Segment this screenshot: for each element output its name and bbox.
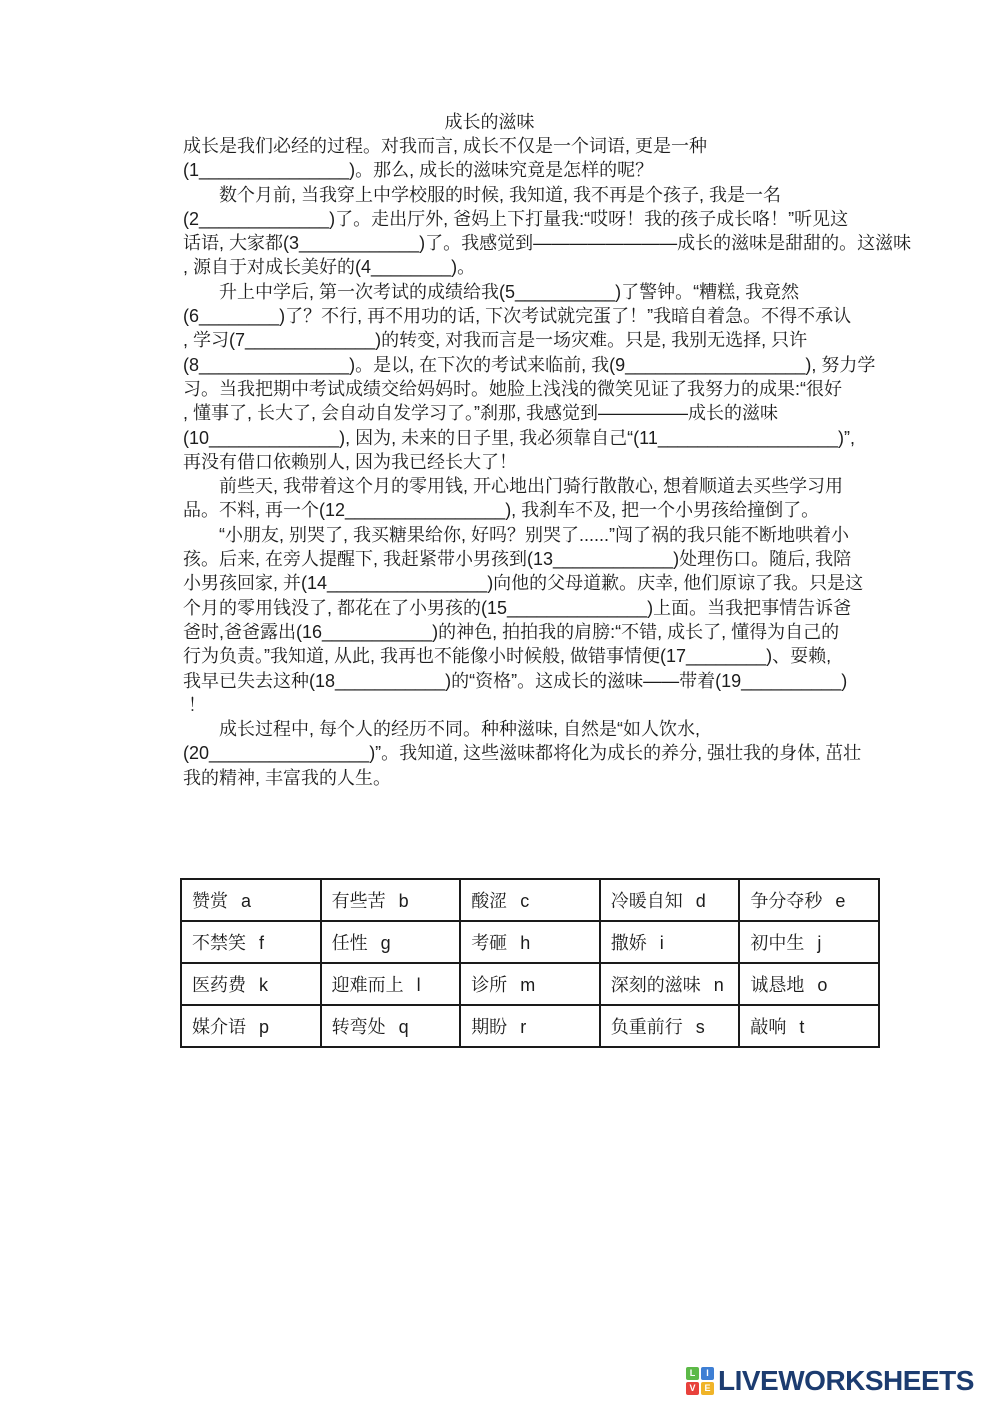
passage-line: (6________)了？不行, 再不用功的话, 下次考试就完蛋了！”我暗自着急… <box>183 304 923 328</box>
word-bank-word: 敲响 <box>750 1017 786 1037</box>
word-bank-cell: 任性g <box>321 921 461 963</box>
liveworksheets-logo[interactable]: LIVE LIVEWORKSHEETS <box>686 1366 974 1396</box>
word-bank-cell: 考砸h <box>460 921 600 963</box>
word-bank-cell: 冷暖自知d <box>600 879 740 921</box>
word-bank-letter: o <box>817 975 827 995</box>
passage-line: 成长是我们必经的过程。对我而言, 成长不仅是一个词语, 更是一种 <box>183 134 923 158</box>
word-bank-cell: 媒介语p <box>181 1005 321 1047</box>
word-bank-word: 负重前行 <box>611 1017 683 1037</box>
liveworksheets-logo-icon: LIVE <box>686 1367 714 1395</box>
word-bank-cell: 敲响t <box>739 1005 879 1047</box>
word-bank-cell: 转弯处q <box>321 1005 461 1047</box>
word-bank-cell: 赞赏a <box>181 879 321 921</box>
passage-line: 我的精神, 丰富我的人生。 <box>183 766 923 790</box>
word-bank-cell: 诊所m <box>460 963 600 1005</box>
passage-line: 再没有借口依赖别人, 因为我已经长大了！ <box>183 450 923 474</box>
word-bank-word: 酸涩 <box>471 891 507 911</box>
word-bank-letter: e <box>835 891 845 911</box>
logo-text: LIVEWORKSHEETS <box>718 1366 974 1396</box>
word-bank-letter: n <box>714 975 724 995</box>
word-bank-word: 诚恳地 <box>750 975 804 995</box>
passage-line: (2_____________)了。走出厅外, 爸妈上下打量我:“哎呀！我的孩子… <box>183 207 923 231</box>
passage-line: , 源自于对成长美好的(4________)。 <box>183 255 923 279</box>
word-bank-word: 不禁笑 <box>192 933 246 953</box>
word-bank-word: 争分夺秒 <box>750 891 822 911</box>
word-bank-cell: 不禁笑f <box>181 921 321 963</box>
passage-line: (8_______________)。是以, 在下次的考试来临前, 我(9___… <box>183 353 923 377</box>
passage-line: 个月的零用钱没了, 都花在了小男孩的(15______________)上面。当… <box>183 596 923 620</box>
word-bank-word: 诊所 <box>471 975 507 995</box>
word-bank-letter: s <box>696 1017 705 1037</box>
word-bank-cell: 负重前行s <box>600 1005 740 1047</box>
passage-line: 孩。后来, 在旁人提醒下, 我赶紧带小男孩到(13____________)处理… <box>183 547 923 571</box>
passage-line: 前些天, 我带着这个月的零用钱, 开心地出门骑行散散心, 想着顺道去买些学习用 <box>183 474 923 498</box>
word-bank-letter: i <box>660 933 664 953</box>
passage-line: 习。当我把期中考试成绩交给妈妈时。她脸上浅浅的微笑见证了我努力的成果:“很好 <box>183 377 923 401</box>
word-bank-word: 初中生 <box>750 933 804 953</box>
word-bank-word: 转弯处 <box>332 1017 386 1037</box>
word-bank-cell: 医药费k <box>181 963 321 1005</box>
word-bank-letter: h <box>520 933 530 953</box>
word-bank-letter: b <box>399 891 409 911</box>
word-bank-cell: 迎难而上l <box>321 963 461 1005</box>
word-bank-letter: d <box>696 891 706 911</box>
word-bank-word: 有些苦 <box>332 891 386 911</box>
word-bank-word: 迎难而上 <box>332 975 404 995</box>
word-bank-cell: 期盼r <box>460 1005 600 1047</box>
word-bank-cell: 诚恳地o <box>739 963 879 1005</box>
word-bank-row: 赞赏a有些苦b酸涩c冷暖自知d争分夺秒e <box>181 879 879 921</box>
word-bank-body: 赞赏a有些苦b酸涩c冷暖自知d争分夺秒e不禁笑f任性g考砸h撒娇i初中生j医药费… <box>181 879 879 1047</box>
word-bank-letter: g <box>381 933 391 953</box>
word-bank-letter: q <box>399 1017 409 1037</box>
word-bank-letter: m <box>520 975 535 995</box>
word-bank-word: 冷暖自知 <box>611 891 683 911</box>
word-bank-letter: f <box>259 933 264 953</box>
passage-line: 升上中学后, 第一次考试的成绩给我(5__________)了警钟。“糟糕, 我… <box>183 280 923 304</box>
word-bank-word: 期盼 <box>471 1017 507 1037</box>
word-bank-word: 考砸 <box>471 933 507 953</box>
passage-line: (20________________)”。我知道, 这些滋味都将化为成长的养分… <box>183 741 923 765</box>
passage-line: (1_______________)。那么, 成长的滋味究竟是怎样的呢？ <box>183 158 923 182</box>
passage-line: “小朋友, 别哭了, 我买糖果给你, 好吗？别哭了......”闯了祸的我只能不… <box>183 523 923 547</box>
word-bank-row: 医药费k迎难而上l诊所m深刻的滋味n诚恳地o <box>181 963 879 1005</box>
word-bank-word: 撒娇 <box>611 933 647 953</box>
word-bank-row: 媒介语p转弯处q期盼r负重前行s敲响t <box>181 1005 879 1047</box>
passage-line: 成长过程中, 每个人的经历不同。种种滋味, 自然是“如人饮水, <box>183 717 923 741</box>
word-bank-table: 赞赏a有些苦b酸涩c冷暖自知d争分夺秒e不禁笑f任性g考砸h撒娇i初中生j医药费… <box>180 878 880 1048</box>
passage-line: 品。不料, 再一个(12________________), 我刹车不及, 把一… <box>183 498 923 522</box>
word-bank-letter: a <box>241 891 251 911</box>
passage-lines: 成长是我们必经的过程。对我而言, 成长不仅是一个词语, 更是一种(1______… <box>183 134 923 790</box>
word-bank-letter: c <box>520 891 529 911</box>
worksheet-title: 成长的滋味 <box>183 110 796 134</box>
word-bank-cell: 初中生j <box>739 921 879 963</box>
passage-line: 话语, 大家都(3____________)了。我感觉到————————成长的滋… <box>183 231 923 255</box>
word-bank-word: 任性 <box>332 933 368 953</box>
passage-line: ！ <box>183 693 923 717</box>
logo-square-v-icon: V <box>686 1382 699 1395</box>
word-bank-word: 深刻的滋味 <box>611 975 701 995</box>
word-bank-cell: 深刻的滋味n <box>600 963 740 1005</box>
passage-line: 我早已失去这种(18___________)的“资格”。这成长的滋味——带着(1… <box>183 669 923 693</box>
logo-square-l-icon: L <box>686 1367 699 1380</box>
passage-line: , 懂事了, 长大了, 会自动自发学习了。”刹那, 我感觉到—————成长的滋味 <box>183 401 923 425</box>
word-bank-row: 不禁笑f任性g考砸h撒娇i初中生j <box>181 921 879 963</box>
passage-line: 爸时,爸爸露出(16___________)的神色, 拍拍我的肩膀:“不错, 成… <box>183 620 923 644</box>
passage-line: 数个月前, 当我穿上中学校服的时候, 我知道, 我不再是个孩子, 我是一名 <box>183 183 923 207</box>
word-bank-letter: l <box>417 975 421 995</box>
word-bank-letter: j <box>817 933 821 953</box>
passage-line: 小男孩回家, 并(14________________)向他的父母道歉。庆幸, … <box>183 571 923 595</box>
word-bank-letter: k <box>259 975 268 995</box>
word-bank-letter: p <box>259 1017 269 1037</box>
word-bank-cell: 酸涩c <box>460 879 600 921</box>
word-bank-letter: t <box>799 1017 804 1037</box>
word-bank-word: 医药费 <box>192 975 246 995</box>
word-bank-word: 赞赏 <box>192 891 228 911</box>
word-bank-cell: 有些苦b <box>321 879 461 921</box>
passage-line: (10_____________), 因为, 未来的日子里, 我必须靠自己“(1… <box>183 426 923 450</box>
logo-square-i-icon: I <box>701 1367 714 1380</box>
word-bank-cell: 撒娇i <box>600 921 740 963</box>
passage-line: , 学习(7_____________)的转变, 对我而言是一场灾难。只是, 我… <box>183 328 923 352</box>
word-bank-letter: r <box>520 1017 526 1037</box>
word-bank-cell: 争分夺秒e <box>739 879 879 921</box>
passage-line: 行为负责。”我知道, 从此, 我再也不能像小时候般, 做错事情便(17_____… <box>183 644 923 668</box>
logo-square-e-icon: E <box>701 1382 714 1395</box>
word-bank-word: 媒介语 <box>192 1017 246 1037</box>
